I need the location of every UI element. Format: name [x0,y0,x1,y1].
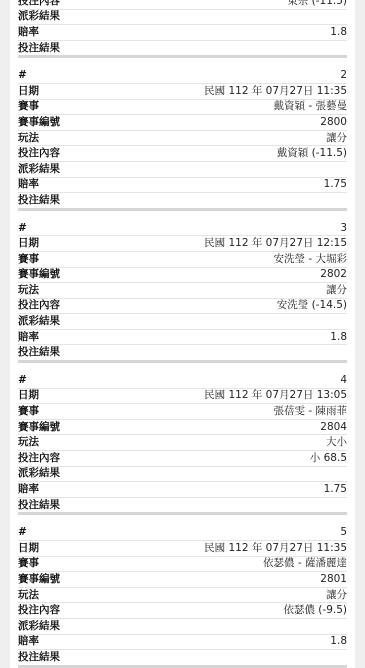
value-play-type: 大小 [326,435,347,450]
label-event: 賽事 [18,99,39,114]
value-date: 民國 112 年 07月27日 12:15 [204,236,347,251]
value-event-no: 2801 [320,572,347,587]
bet-record: # 5 日期 民國 112 年 07月27日 11:35 賽事 依瑟儂 - 薩潘… [18,515,347,640]
value-odds: 1.8 [330,634,347,640]
value-event-no: 2804 [320,420,347,435]
row-payout-result: 派彩結果 [18,162,347,178]
label-index: # [18,221,25,236]
row-index: # 4 [18,373,347,389]
value-bet-content: 依瑟儂 (-9.5) [283,603,347,618]
label-date: 日期 [18,388,39,403]
value-play-type: 讓分 [326,131,347,146]
value-date: 民國 112 年 07月27日 13:05 [204,388,347,403]
value-odds: 1.8 [330,25,347,40]
row-payout-result: 派彩結果 [18,467,347,483]
row-odds: 賠率 1.8 [18,330,347,346]
label-event: 賽事 [18,404,39,419]
value-odds: 1.8 [330,330,347,345]
row-bet-content: 投注內容 安洗瑩 (-14.5) [18,299,347,315]
label-bet-content: 投注內容 [18,146,60,161]
label-event-no: 賽事編號 [18,267,60,282]
value-event: 戴資穎 - 張藝曼 [274,99,347,114]
value-event: 張蓓雯 - 陳雨菲 [274,404,347,419]
label-date: 日期 [18,84,39,99]
row-bet-content: 投注內容 東宗 (-11.5) [18,0,347,10]
label-payout-result: 派彩結果 [18,314,60,329]
label-event-no: 賽事編號 [18,572,60,587]
row-bet-result: 投注結果 [18,498,347,516]
label-bet-result: 投注結果 [18,345,60,360]
row-event-no: 賽事編號 2800 [18,115,347,131]
row-play-type: 玩法 讓分 [18,131,347,147]
label-bet-content: 投注內容 [18,603,60,618]
value-odds: 1.75 [324,177,347,192]
value-date: 民國 112 年 07月27日 11:35 [204,84,347,99]
row-date: 日期 民國 112 年 07月27日 11:35 [18,541,347,557]
label-bet-content: 投注內容 [18,298,60,313]
row-odds: 賠率 1.8 [18,25,347,41]
row-date: 日期 民國 112 年 07月27日 13:05 [18,389,347,405]
value-odds: 1.75 [324,482,347,497]
label-bet-result: 投注結果 [18,193,60,208]
row-payout-result: 派彩結果 [18,314,347,330]
label-payout-result: 派彩結果 [18,9,60,24]
row-payout-result: 派彩結果 [18,10,347,26]
value-index: 4 [340,373,347,388]
row-event-no: 賽事編號 2802 [18,268,347,284]
value-bet-content: 東宗 (-11.5) [287,0,347,9]
label-play-type: 玩法 [18,131,39,146]
value-play-type: 讓分 [326,283,347,298]
label-odds: 賠率 [18,482,39,497]
row-date: 日期 民國 112 年 07月27日 12:15 [18,236,347,252]
label-play-type: 玩法 [18,435,39,450]
value-bet-content: 戴資穎 (-11.5) [277,146,347,161]
label-bet-result: 投注結果 [18,498,60,513]
label-play-type: 玩法 [18,588,39,603]
label-index: # [18,373,25,388]
row-odds: 賠率 1.8 [18,635,347,640]
label-payout-result: 派彩結果 [18,466,60,481]
value-event: 安洗瑩 - 大堀彩 [274,252,347,267]
row-event-no: 賽事編號 2804 [18,420,347,436]
row-odds: 賠率 1.75 [18,482,347,498]
label-payout-result: 派彩結果 [18,162,60,177]
row-event: 賽事 依瑟儂 - 薩潘麗達 [18,557,347,573]
row-play-type: 玩法 讓分 [18,283,347,299]
row-bet-content: 投注內容 戴資穎 (-11.5) [18,146,347,162]
label-event: 賽事 [18,556,39,571]
row-odds: 賠率 1.75 [18,178,347,194]
label-event: 賽事 [18,252,39,267]
label-play-type: 玩法 [18,283,39,298]
label-odds: 賠率 [18,330,39,345]
value-date: 民國 112 年 07月27日 11:35 [204,541,347,556]
row-play-type: 玩法 大小 [18,435,347,451]
row-bet-content: 投注內容 小 68.5 [18,451,347,467]
label-bet-result: 投注結果 [18,41,60,56]
row-bet-result: 投注結果 [18,345,347,363]
bet-record: # 4 日期 民國 112 年 07月27日 13:05 賽事 張蓓雯 - 陳雨… [18,363,347,515]
value-event: 依瑟儂 - 薩潘麗達 [263,556,347,571]
bet-record: # 2 日期 民國 112 年 07月27日 11:35 賽事 戴資穎 - 張藝… [18,58,347,210]
label-index: # [18,68,25,83]
value-event-no: 2800 [320,115,347,130]
value-index: 2 [340,68,347,83]
bet-record: # 3 日期 民國 112 年 07月27日 12:15 賽事 安洗瑩 - 大堀… [18,211,347,363]
label-odds: 賠率 [18,634,39,640]
row-bet-result: 投注結果 [18,193,347,211]
row-event: 賽事 戴資穎 - 張藝曼 [18,100,347,116]
row-event: 賽事 安洗瑩 - 大堀彩 [18,252,347,268]
row-bet-result: 投注結果 [18,41,347,59]
label-odds: 賠率 [18,177,39,192]
label-bet-content: 投注內容 [18,451,60,466]
row-index: # 5 [18,525,347,541]
label-date: 日期 [18,236,39,251]
row-date: 日期 民國 112 年 07月27日 11:35 [18,84,347,100]
row-index: # 2 [18,68,347,84]
row-bet-content: 投注內容 依瑟儂 (-9.5) [18,603,347,619]
row-event-no: 賽事編號 2801 [18,572,347,588]
value-index: 3 [340,221,347,236]
label-bet-content: 投注內容 [18,0,60,9]
label-payout-result: 派彩結果 [18,619,60,634]
value-bet-content: 安洗瑩 (-14.5) [277,298,347,313]
value-play-type: 讓分 [326,588,347,603]
row-index: # 3 [18,221,347,237]
bet-record-partial: 投注內容 東宗 (-11.5) 派彩結果 賠率 1.8 投注結果 [18,0,347,58]
label-date: 日期 [18,541,39,556]
row-event: 賽事 張蓓雯 - 陳雨菲 [18,404,347,420]
value-index: 5 [340,525,347,540]
label-event-no: 賽事編號 [18,115,60,130]
bet-records-list: 投注內容 東宗 (-11.5) 派彩結果 賠率 1.8 投注結果 # 2 日期 … [10,0,355,640]
value-event-no: 2802 [320,267,347,282]
label-odds: 賠率 [18,25,39,40]
label-event-no: 賽事編號 [18,420,60,435]
row-payout-result: 派彩結果 [18,619,347,635]
value-bet-content: 小 68.5 [310,451,347,466]
label-index: # [18,525,25,540]
row-play-type: 玩法 讓分 [18,588,347,604]
